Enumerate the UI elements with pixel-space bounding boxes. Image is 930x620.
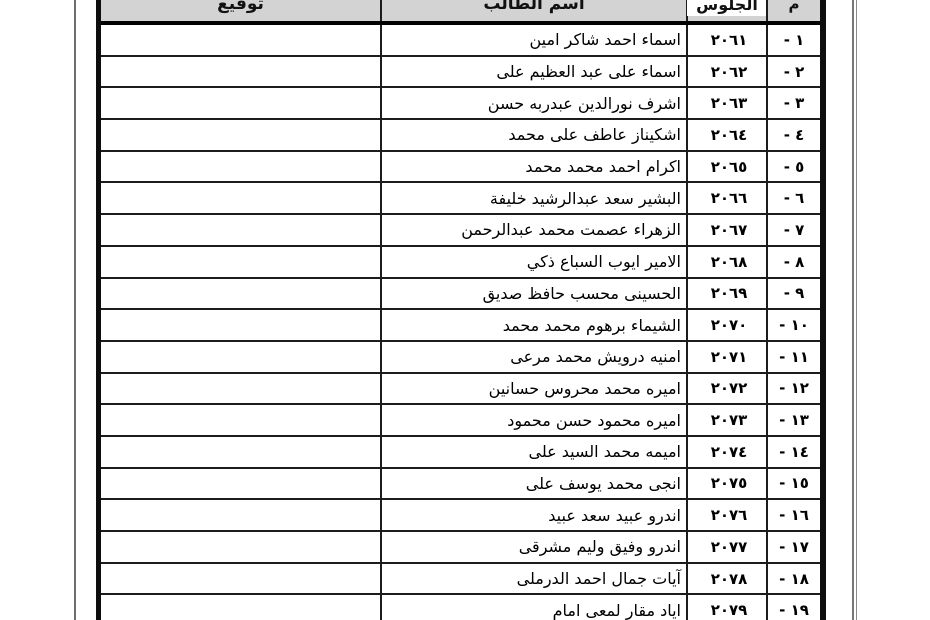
table-row: اميره محمد محروس حسانين٢٠٧٢- ١٢: [101, 374, 820, 406]
seat-number-cell: ٢٠٧٤: [686, 437, 766, 467]
serial-cell: - ١٤: [766, 437, 820, 467]
student-name-cell: البشير سعد عبدالرشيد خليفة: [380, 183, 686, 213]
table-header-row: توقيع اسم الطالب الجلوس م: [101, 0, 820, 25]
page-edge-line: [852, 0, 857, 620]
seat-number-cell: ٢٠٦٦: [686, 183, 766, 213]
table-row: الزهراء عصمت محمد عبدالرحمن٢٠٦٧- ٧: [101, 215, 820, 247]
seat-number-cell: ٢٠٧٨: [686, 564, 766, 594]
seat-number-cell: ٢٠٧٩: [686, 595, 766, 620]
signature-cell: [101, 564, 380, 594]
serial-cell: - ٣: [766, 88, 820, 118]
header-seat-number: الجلوس: [686, 0, 766, 21]
student-name-cell: الشيماء برهوم محمد محمد: [380, 310, 686, 340]
serial-cell: - ١: [766, 25, 820, 55]
student-name-cell: اشرف نورالدين عبدربه حسن: [380, 88, 686, 118]
header-signature: توقيع: [101, 0, 380, 21]
student-name-cell: امنيه درويش محمد مرعى: [380, 342, 686, 372]
seat-number-cell: ٢٠٦٢: [686, 57, 766, 87]
serial-cell: - ١٣: [766, 405, 820, 435]
signature-cell: [101, 405, 380, 435]
serial-cell: - ٥: [766, 152, 820, 182]
header-seat-number-label: الجلوس: [687, 0, 767, 16]
table-row: اشكيناز عاطف على محمد٢٠٦٤- ٤: [101, 120, 820, 152]
header-serial-label: م: [789, 0, 800, 13]
student-name-cell: اكرام احمد محمد محمد: [380, 152, 686, 182]
serial-cell: - ٨: [766, 247, 820, 277]
seat-number-cell: ٢٠٧١: [686, 342, 766, 372]
table-row: امنيه درويش محمد مرعى٢٠٧١- ١١: [101, 342, 820, 374]
seat-number-cell: ٢٠٦١: [686, 25, 766, 55]
signature-cell: [101, 57, 380, 87]
seat-number-cell: ٢٠٦٣: [686, 88, 766, 118]
student-name-cell: اسماء على عبد العظيم على: [380, 57, 686, 87]
table-row: اكرام احمد محمد محمد٢٠٦٥- ٥: [101, 152, 820, 184]
header-student-name-label: اسم الطالب: [483, 0, 584, 14]
student-name-cell: اندرو وفيق وليم مشرقى: [380, 532, 686, 562]
table-row: اندرو وفيق وليم مشرقى٢٠٧٧- ١٧: [101, 532, 820, 564]
header-serial: م: [766, 0, 820, 21]
header-signature-label: توقيع: [217, 0, 264, 14]
signature-cell: [101, 25, 380, 55]
table-row: اياد مقار لمعى امام٢٠٧٩- ١٩: [101, 595, 820, 620]
table-row: البشير سعد عبدالرشيد خليفة٢٠٦٦- ٦: [101, 183, 820, 215]
page-fold-line: [74, 0, 76, 620]
seat-number-cell: ٢٠٧٦: [686, 500, 766, 530]
student-name-cell: انجى محمد يوسف على: [380, 469, 686, 499]
serial-cell: - ١٢: [766, 374, 820, 404]
table-row: آيات جمال احمد الدرملى٢٠٧٨- ١٨: [101, 564, 820, 596]
table-row: اندرو عبيد سعد عبيد٢٠٧٦- ١٦: [101, 500, 820, 532]
seat-number-cell: ٢٠٦٤: [686, 120, 766, 150]
signature-cell: [101, 120, 380, 150]
table-row: انجى محمد يوسف على٢٠٧٥- ١٥: [101, 469, 820, 501]
signature-cell: [101, 595, 380, 620]
student-name-cell: الامير ايوب السباع ذكي: [380, 247, 686, 277]
student-name-cell: اميره محمود حسن محمود: [380, 405, 686, 435]
serial-cell: - ٢: [766, 57, 820, 87]
table-row: اسماء على عبد العظيم على٢٠٦٢- ٢: [101, 57, 820, 89]
student-name-cell: اشكيناز عاطف على محمد: [380, 120, 686, 150]
table-row: اشرف نورالدين عبدربه حسن٢٠٦٣- ٣: [101, 88, 820, 120]
student-name-cell: اندرو عبيد سعد عبيد: [380, 500, 686, 530]
signature-cell: [101, 532, 380, 562]
serial-cell: - ١٨: [766, 564, 820, 594]
signature-cell: [101, 279, 380, 309]
student-name-cell: الزهراء عصمت محمد عبدالرحمن: [380, 215, 686, 245]
table-row: الحسينى محسب حافظ صديق٢٠٦٩- ٩: [101, 279, 820, 311]
table-body: اسماء احمد شاكر امين٢٠٦١- ١اسماء على عبد…: [101, 25, 820, 620]
serial-cell: - ٩: [766, 279, 820, 309]
serial-cell: - ٤: [766, 120, 820, 150]
serial-cell: - ٦: [766, 183, 820, 213]
serial-cell: - ٧: [766, 215, 820, 245]
seat-number-cell: ٢٠٧٢: [686, 374, 766, 404]
signature-cell: [101, 437, 380, 467]
seat-number-cell: ٢٠٧٣: [686, 405, 766, 435]
table-row: اميمه محمد السيد على٢٠٧٤- ١٤: [101, 437, 820, 469]
table-row: الامير ايوب السباع ذكي٢٠٦٨- ٨: [101, 247, 820, 279]
table-row: الشيماء برهوم محمد محمد٢٠٧٠- ١٠: [101, 310, 820, 342]
signature-cell: [101, 152, 380, 182]
seat-number-cell: ٢٠٦٩: [686, 279, 766, 309]
serial-cell: - ١٩: [766, 595, 820, 620]
serial-cell: - ١٧: [766, 532, 820, 562]
seat-number-cell: ٢٠٦٨: [686, 247, 766, 277]
signature-cell: [101, 469, 380, 499]
signature-cell: [101, 374, 380, 404]
student-name-cell: اميمه محمد السيد على: [380, 437, 686, 467]
header-student-name: اسم الطالب: [380, 0, 686, 21]
student-name-cell: اميره محمد محروس حسانين: [380, 374, 686, 404]
signature-cell: [101, 88, 380, 118]
seat-number-cell: ٢٠٦٥: [686, 152, 766, 182]
signature-cell: [101, 342, 380, 372]
student-name-cell: الحسينى محسب حافظ صديق: [380, 279, 686, 309]
serial-cell: - ١٠: [766, 310, 820, 340]
seat-number-cell: ٢٠٧٠: [686, 310, 766, 340]
signature-cell: [101, 500, 380, 530]
seat-number-cell: ٢٠٧٥: [686, 469, 766, 499]
signature-cell: [101, 310, 380, 340]
signature-cell: [101, 247, 380, 277]
student-name-cell: اياد مقار لمعى امام: [380, 595, 686, 620]
table-row: اسماء احمد شاكر امين٢٠٦١- ١: [101, 25, 820, 57]
seat-number-cell: ٢٠٧٧: [686, 532, 766, 562]
serial-cell: - ١٥: [766, 469, 820, 499]
serial-cell: - ١١: [766, 342, 820, 372]
scanned-attendance-sheet: { "document": { "type": "exam-seating-at…: [0, 0, 930, 620]
attendance-table: توقيع اسم الطالب الجلوس م اسماء احمد شاك…: [96, 0, 826, 620]
table-row: اميره محمود حسن محمود٢٠٧٣- ١٣: [101, 405, 820, 437]
signature-cell: [101, 183, 380, 213]
student-name-cell: آيات جمال احمد الدرملى: [380, 564, 686, 594]
signature-cell: [101, 215, 380, 245]
student-name-cell: اسماء احمد شاكر امين: [380, 25, 686, 55]
serial-cell: - ١٦: [766, 500, 820, 530]
seat-number-cell: ٢٠٦٧: [686, 215, 766, 245]
